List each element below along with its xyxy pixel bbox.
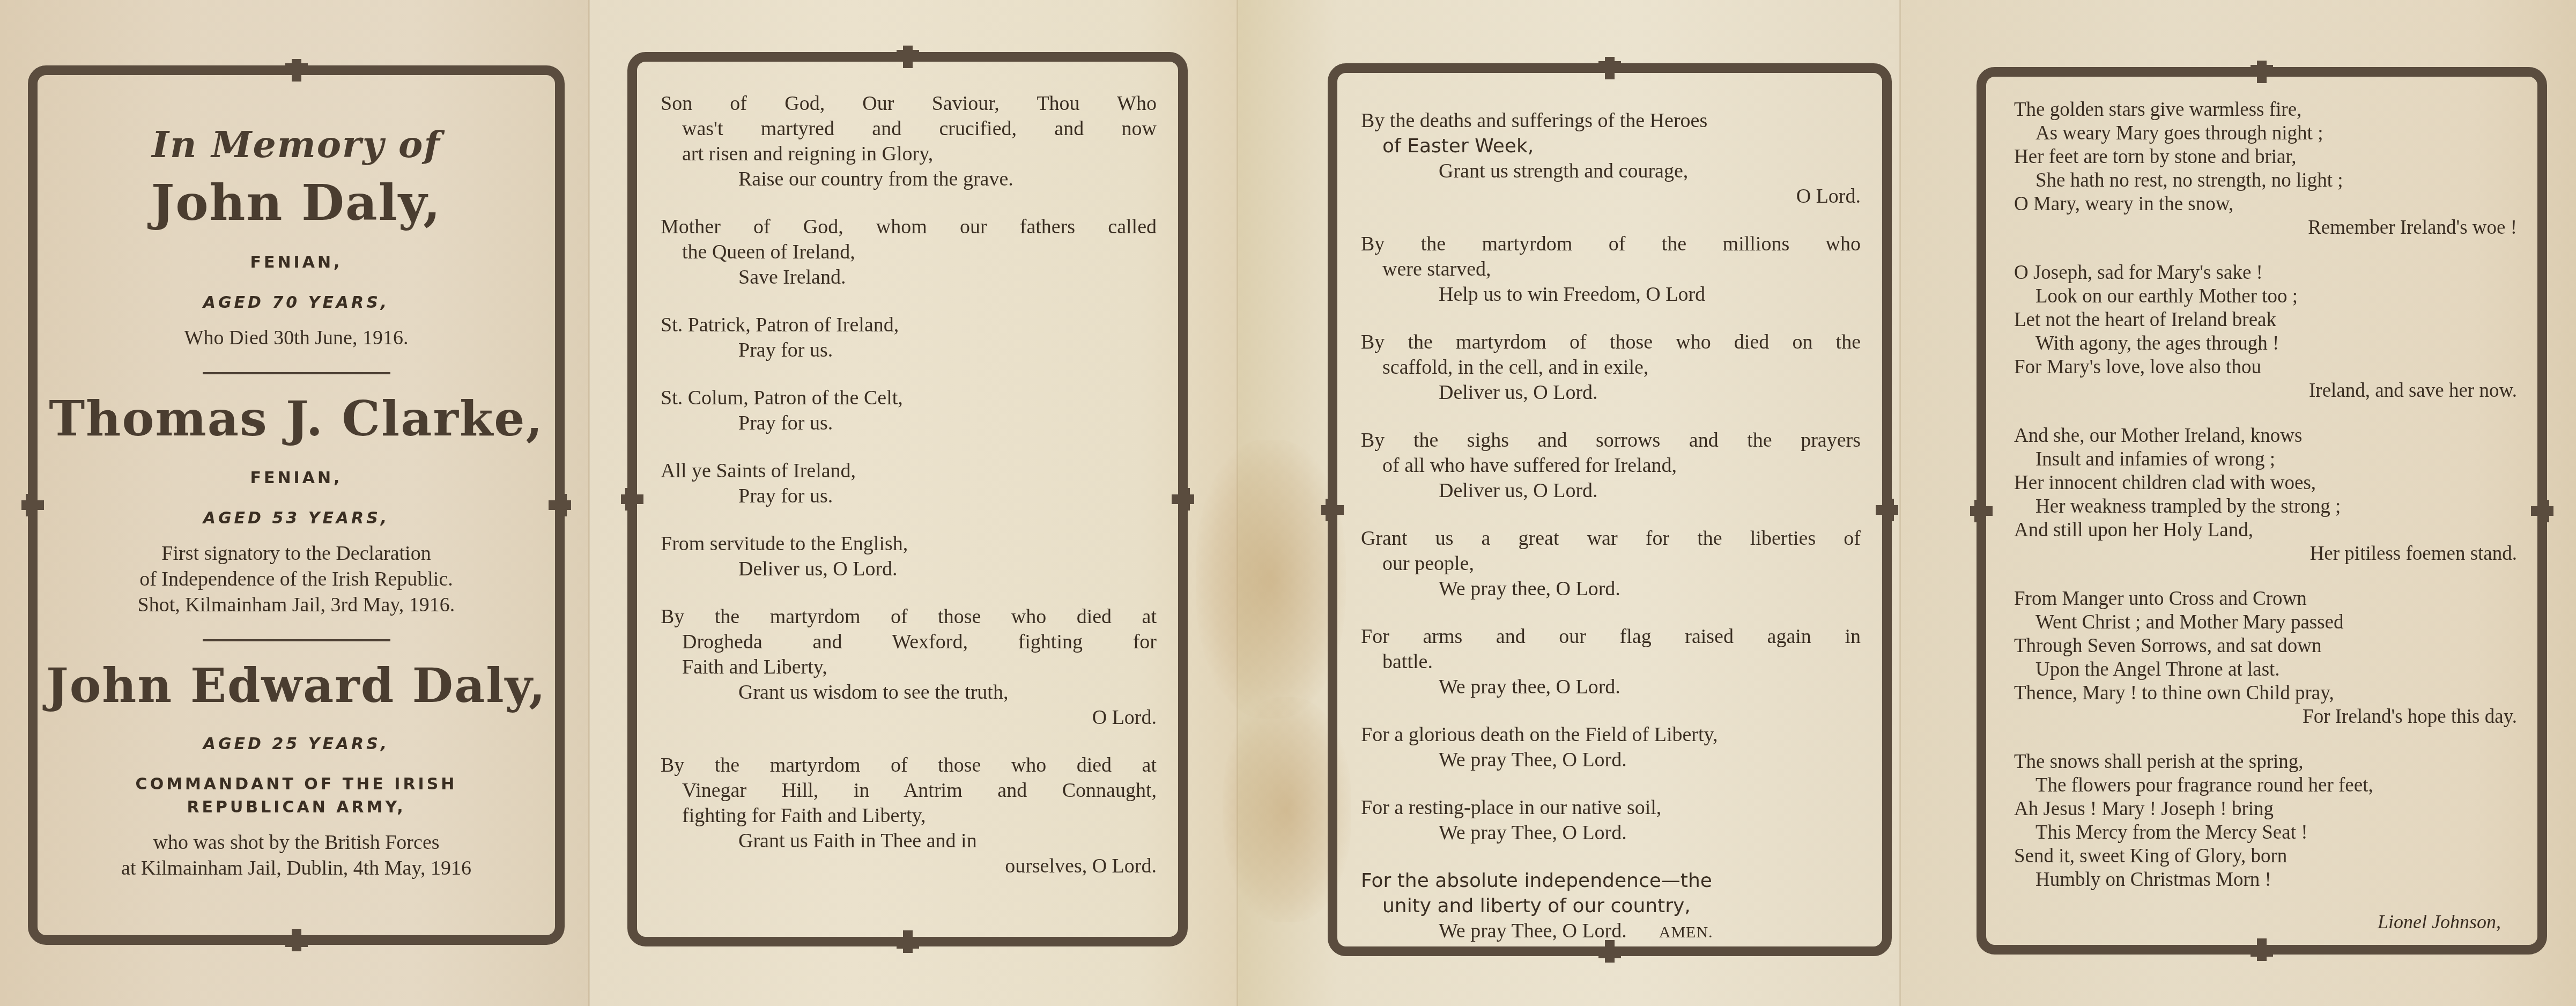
stanza: By the deaths and sufferings of the Hero… (1361, 108, 1861, 209)
cross-ornament-icon (2531, 506, 2553, 516)
verse-line: was't martyred and crucified, and now (661, 116, 1157, 142)
verse-line: For arms and our flag raised again in (1361, 624, 1861, 649)
cross-ornament-icon (1889, 499, 1894, 521)
response-line: Save Ireland. (661, 265, 1157, 290)
response-line: Help us to win Freedom, O Lord (1361, 282, 1861, 307)
rank-line: REPUBLICAN ARMY, (38, 798, 555, 817)
fold-line (588, 0, 590, 1006)
verse-line: Through Seven Sorrows, and sat down (2014, 634, 2517, 658)
response-line: Raise our country from the grave. (661, 167, 1157, 192)
name-john-daly: John Daly, (38, 174, 555, 232)
memorial-text: In Memory of John Daly, FENIAN, AGED 70 … (38, 75, 555, 881)
verse-line: By the martyrdom of the millions who (1361, 232, 1861, 257)
verse-line: the Queen of Ireland, (661, 240, 1157, 265)
bio-line: at Kilmainham Jail, Dublin, 4th May, 191… (38, 855, 555, 881)
verse-line: Remember Ireland's woe ! (2014, 216, 2517, 240)
verse-line: Insult and infamies of wrong ; (2014, 448, 2517, 471)
verse-line: By the deaths and sufferings of the Hero… (1361, 108, 1861, 134)
divider (203, 372, 390, 374)
verse-line: Her pitiless foemen stand. (2014, 542, 2517, 566)
stanza: By the martyrdom of those who died at Dr… (661, 604, 1157, 730)
bio-line: Shot, Kilmainham Jail, 3rd May, 1916. (38, 592, 555, 618)
litany-text: By the deaths and sufferings of the Hero… (1361, 108, 1861, 967)
cross-ornament-icon (2251, 951, 2273, 957)
litany-frame-1: Son of God, Our Saviour, Thou Who was't … (627, 52, 1188, 946)
response-line: Pray for us. (661, 484, 1157, 509)
cross-ornament-icon (625, 488, 631, 511)
verse-line: Look on our earthly Mother too ; (2014, 285, 2517, 308)
death-date: Who Died 30th June, 1916. (38, 325, 555, 351)
divider (203, 639, 390, 641)
verse-line: Upon the Angel Throne at last. (2014, 658, 2517, 682)
verse-line: Son of God, Our Saviour, Thou Who (661, 91, 1157, 116)
verse-line: Her innocent children clad with woes, (2014, 471, 2517, 495)
cross-ornament-icon (2257, 61, 2267, 83)
poem-frame: The golden stars give warmless fire, As … (1977, 67, 2547, 955)
stanza: Grant us a great war for the liberties o… (1361, 526, 1861, 602)
response-line: We pray Thee, O Lord.AMEN. (1361, 919, 1861, 945)
verse-line: From servitude to the English, (661, 531, 1157, 557)
verse-line: Her weakness trampled by the strong ; (2014, 495, 2517, 519)
stanza: And she, our Mother Ireland, knows Insul… (2014, 424, 2517, 566)
water-stain (1196, 440, 1346, 719)
fold-line (1899, 0, 1901, 1006)
verse-line: She hath no rest, no strength, no light … (2014, 169, 2517, 193)
cross-ornament-icon (1605, 57, 1615, 79)
cross-ornament-icon (2251, 65, 2273, 70)
stanza: Son of God, Our Saviour, Thou Who was't … (661, 91, 1157, 192)
cross-ornament-icon (2257, 938, 2267, 961)
verse-line: Grant us a great war for the liberties o… (1361, 526, 1861, 551)
verse-line: Let not the heart of Ireland break (2014, 308, 2517, 332)
memorial-frame: In Memory of John Daly, FENIAN, AGED 70 … (28, 65, 565, 945)
cross-ornament-icon (1321, 505, 1344, 515)
response-line: Grant us strength and courage, (1361, 159, 1861, 184)
age-line: AGED 70 YEARS, (38, 293, 555, 312)
verse-line: Humbly on Christmas Morn ! (2014, 868, 2517, 892)
stanza: By the sighs and sorrows and the prayers… (1361, 428, 1861, 504)
verse-line: fighting for Faith and Liberty, (661, 803, 1157, 829)
response-line: Deliver us, O Lord. (661, 557, 1157, 582)
verse-line: Her feet are torn by stone and briar, (2014, 145, 2517, 169)
response-line: Grant us wisdom to see the truth, (661, 680, 1157, 705)
verse-line: And she, our Mother Ireland, knows (2014, 424, 2517, 448)
response-line: We pray Thee, O Lord. (1361, 820, 1861, 846)
rank-line: COMMANDANT OF THE IRISH (38, 775, 555, 794)
verse-line: Faith and Liberty, (661, 655, 1157, 680)
cross-ornament-icon (292, 929, 301, 951)
verse-line: St. Colum, Patron of the Celt, (661, 386, 1157, 411)
verse-line: For Mary's love, love also thou (2014, 356, 2517, 379)
memorial-heading: In Memory of (38, 123, 555, 166)
stanza: By the martyrdom of those who died on th… (1361, 330, 1861, 405)
stanza: The snows shall perish at the spring, Th… (2014, 750, 2517, 892)
stanza: The golden stars give warmless fire, As … (2014, 98, 2517, 240)
verse-line: O Mary, weary in the snow, (2014, 193, 2517, 216)
cross-ornament-icon (1598, 61, 1621, 66)
cross-ornament-icon (1326, 499, 1331, 521)
bio-line: First signatory to the Declaration (38, 541, 555, 566)
cross-ornament-icon (897, 943, 919, 949)
verse-line: were starved, (1361, 257, 1861, 282)
cross-ornament-icon (903, 930, 913, 953)
stanza: For a glorious death on the Field of Lib… (1361, 722, 1861, 773)
cross-ornament-icon (285, 942, 308, 947)
verse-line: For the absolute independence—the (1361, 868, 1861, 893)
stanza: From servitude to the English, Deliver u… (661, 531, 1157, 582)
stanza: Mother of God, whom our fathers called t… (661, 214, 1157, 290)
cross-ornament-icon (621, 494, 643, 504)
verse-line: of Easter Week, (1361, 134, 1861, 159)
verse-line: our people, (1361, 551, 1861, 576)
stanza: From Manger unto Cross and Crown Went Ch… (2014, 587, 2517, 729)
stanza: St. Colum, Patron of the Celt, Pray for … (661, 386, 1157, 436)
verse-line: By the sighs and sorrows and the prayers (1361, 428, 1861, 453)
stanza: St. Patrick, Patron of Ireland, Pray for… (661, 313, 1157, 363)
response-line: O Lord. (661, 705, 1157, 730)
verse-line: By the martyrdom of those who died at (661, 753, 1157, 778)
name-john-edward-daly: John Edward Daly, (38, 657, 555, 713)
cross-ornament-icon (903, 46, 913, 68)
verse-line: This Mercy from the Mercy Seat ! (2014, 821, 2517, 845)
stanza: For the absolute independence—the unity … (1361, 868, 1861, 945)
poem-signature: Lionel Johnson, (2014, 910, 2517, 934)
response-line: Grant us Faith in Thee and in (661, 829, 1157, 854)
verse-line: For Ireland's hope this day. (2014, 705, 2517, 729)
response-line: Pray for us. (661, 338, 1157, 363)
verse-line: The flowers pour fragrance round her fee… (2014, 774, 2517, 797)
title-fenian: FENIAN, (38, 253, 555, 272)
verse-line: For a resting-place in our native soil, (1361, 795, 1861, 820)
verse-line: All ye Saints of Ireland, (661, 458, 1157, 484)
bio-line: who was shot by the British Forces (38, 830, 555, 855)
stanza: O Joseph, sad for Mary's sake ! Look on … (2014, 261, 2517, 403)
cross-ornament-icon (1974, 500, 1980, 522)
verse-line: unity and liberty of our country, (1361, 893, 1861, 919)
verse-line: Went Christ ; and Mother Mary passed (2014, 611, 2517, 634)
response-line: We pray Thee, O Lord. (1361, 748, 1861, 773)
verse-line: Mother of God, whom our fathers called (661, 214, 1157, 240)
stanza: All ye Saints of Ireland, Pray for us. (661, 458, 1157, 509)
stanza: For a resting-place in our native soil, … (1361, 795, 1861, 846)
litany-frame-2: By the deaths and sufferings of the Hero… (1328, 63, 1892, 956)
cross-ornament-icon (897, 50, 919, 55)
cross-ornament-icon (2544, 500, 2549, 522)
response-line: Deliver us, O Lord. (1361, 478, 1861, 504)
verse-line: As weary Mary goes through night ; (2014, 122, 2517, 145)
name-thomas-clarke: Thomas J. Clarke, (38, 390, 555, 447)
stanza: By the martyrdom of those who died at Vi… (661, 753, 1157, 879)
verse-line: Vinegar Hill, in Antrim and Connaught, (661, 778, 1157, 803)
verse-line: And still upon her Holy Land, (2014, 519, 2517, 542)
verse-line: Ireland, and save her now. (2014, 379, 2517, 403)
verse-line: scaffold, in the cell, and in exile, (1361, 355, 1861, 380)
verse-line: By the martyrdom of those who died on th… (1361, 330, 1861, 355)
verse-line: of all who have suffered for Ireland, (1361, 453, 1861, 478)
cross-ornament-icon (1172, 494, 1194, 504)
response-line: Pray for us. (661, 411, 1157, 436)
cross-ornament-icon (1185, 488, 1190, 511)
bio-line: of Independence of the Irish Republic. (38, 566, 555, 592)
poem-text: The golden stars give warmless fire, As … (2014, 98, 2517, 934)
verse-line: With agony, the ages through ! (2014, 332, 2517, 356)
cross-ornament-icon (561, 494, 567, 516)
verse-line: Drogheda and Wexford, fighting for (661, 630, 1157, 655)
age-line: AGED 25 YEARS, (38, 735, 555, 753)
cross-ornament-icon (285, 63, 308, 69)
verse-line: Ah Jesus ! Mary ! Joseph ! bring (2014, 797, 2517, 821)
response-line: ourselves, O Lord. (661, 854, 1157, 879)
stanza: For arms and our flag raised again in ba… (1361, 624, 1861, 700)
verse-line: From Manger unto Cross and Crown (2014, 587, 2517, 611)
amen-text: AMEN. (1659, 923, 1713, 941)
cross-ornament-icon (1970, 506, 1993, 516)
litany-text: Son of God, Our Saviour, Thou Who was't … (661, 91, 1157, 901)
verse-line: Send it, sweet King of Glory, born (2014, 845, 2517, 868)
verse-line: The snows shall perish at the spring, (2014, 750, 2517, 774)
cross-ornament-icon (26, 494, 31, 516)
verse-line: St. Patrick, Patron of Ireland, (661, 313, 1157, 338)
verse-line: For a glorious death on the Field of Lib… (1361, 722, 1861, 748)
verse-line: O Joseph, sad for Mary's sake ! (2014, 261, 2517, 285)
verse-line: Thence, Mary ! to thine own Child pray, (2014, 682, 2517, 705)
verse-line: art risen and reigning in Glory, (661, 142, 1157, 167)
age-line: AGED 53 YEARS, (38, 509, 555, 528)
title-fenian: FENIAN, (38, 469, 555, 487)
response-line: O Lord. (1361, 184, 1861, 209)
cross-ornament-icon (1876, 505, 1898, 515)
response-line: We pray thee, O Lord. (1361, 675, 1861, 700)
response-line: Deliver us, O Lord. (1361, 380, 1861, 405)
stanza: By the martyrdom of the millions who wer… (1361, 232, 1861, 307)
verse-line: By the martyrdom of those who died at (661, 604, 1157, 630)
response-line: We pray thee, O Lord. (1361, 576, 1861, 602)
verse-line: battle. (1361, 649, 1861, 675)
verse-line: The golden stars give warmless fire, (2014, 98, 2517, 122)
